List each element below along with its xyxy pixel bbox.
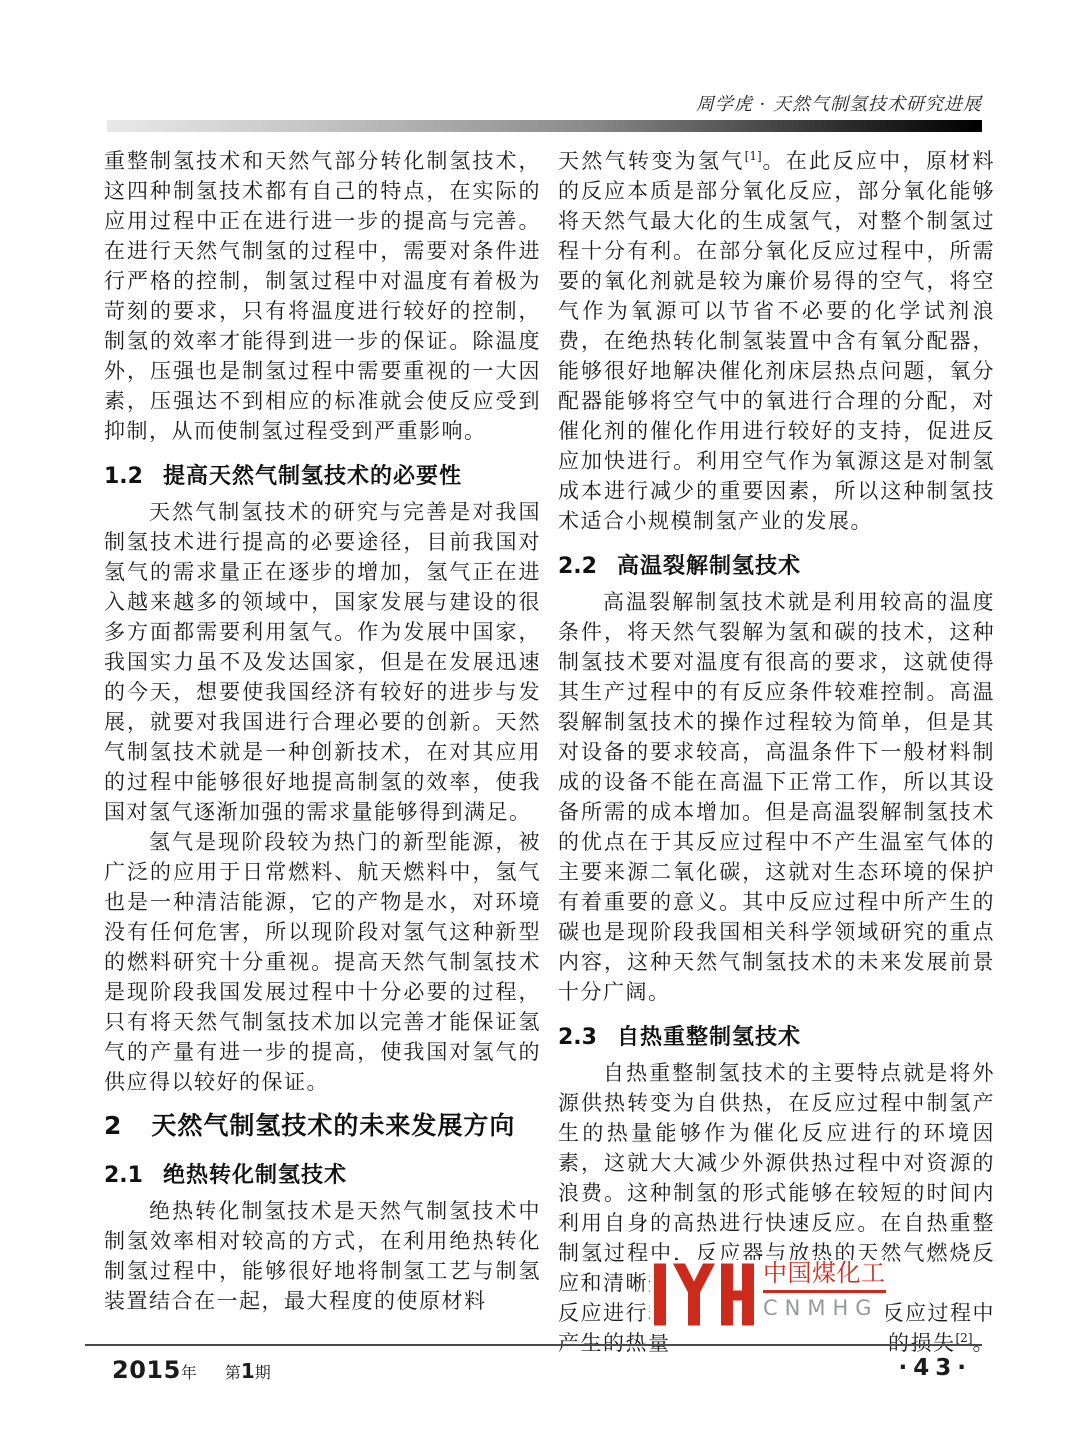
watermark-cn-label: 中国煤化工	[763, 1260, 886, 1293]
cnmhg-logo-icon	[654, 1263, 754, 1326]
heading-number: 2	[104, 1111, 121, 1140]
right-column: 天然气转变为氢气[1]。在此反应中，原材料的反应本质是部分氧化反应，部分氧化能够…	[558, 146, 995, 1358]
footer-year: 2015	[112, 1356, 181, 1384]
page-number: 43	[913, 1355, 957, 1381]
footer-rule	[85, 1344, 982, 1346]
heading-number: 2.1	[104, 1163, 143, 1188]
heading-number: 2.3	[558, 1025, 597, 1050]
journal-page: 周学虎 · 天然气制氢技术研究进展 重整制氢技术和天然气部分转化制氢技术，这四种…	[0, 0, 1072, 1455]
heading-title: 绝热转化制氢技术	[163, 1163, 347, 1188]
heading-2-1: 2.1绝热转化制氢技术	[104, 1159, 541, 1193]
heading-number: 1.2	[104, 464, 143, 489]
heading-1-2: 1.2提高天然气制氢技术的必要性	[104, 460, 541, 494]
cnmhg-watermark: 中国煤化工 CNMHG	[650, 1260, 886, 1334]
heading-2-3: 2.3自热重整制氢技术	[558, 1021, 995, 1055]
heading-2-2: 2.2高温裂解制氢技术	[558, 550, 995, 584]
footer-issue-prefix: 第	[225, 1363, 241, 1382]
page-dot: ·	[957, 1355, 972, 1381]
heading-title: 高温裂解制氢技术	[617, 554, 801, 579]
citation-ref-1: [1]	[745, 149, 762, 163]
running-head: 周学虎 · 天然气制氢技术研究进展	[696, 90, 982, 116]
paragraph: 氢气是现阶段较为热门的新型能源，被广泛的应用于日常燃料、航天燃料中，氢气也是一种…	[104, 827, 541, 1097]
footer-issue-number: 1	[241, 1359, 255, 1383]
citation-ref-2: [2]	[956, 1331, 973, 1345]
paragraph: 天然气制氢技术的研究与完善是对我国制氢技术进行提高的必要途径，目前我国对氢气的需…	[104, 497, 541, 827]
paragraph: 天然气转变为氢气[1]。在此反应中，原材料的反应本质是部分氧化反应，部分氧化能够…	[558, 146, 995, 536]
heading-number: 2.2	[558, 554, 597, 579]
heading-title: 天然气制氢技术的未来发展方向	[151, 1111, 515, 1140]
line-right-fragment: 的损失[2]。	[888, 1328, 995, 1358]
header-gradient-rule	[107, 120, 982, 132]
heading-2: 2天然气制氢技术的未来发展方向	[104, 1107, 541, 1145]
heading-title: 提高天然气制氢技术的必要性	[163, 464, 462, 489]
footer-issue-suffix: 期	[255, 1363, 271, 1382]
footer-page-number: ·43·	[898, 1355, 972, 1381]
paragraph: 绝热转化制氢技术是天然气制氢技术中制氢效率相对较高的方式，在利用绝热转化制氢过程…	[104, 1196, 541, 1316]
footer-issue-info: 2015年第1期	[112, 1356, 271, 1384]
paragraph: 高温裂解制氢技术就是利用较高的温度条件，将天然气裂解为氢和碳的技术，这种制氢技术…	[558, 587, 995, 1007]
line-right-fragment: 反应过程中	[883, 1298, 996, 1328]
page-dot: ·	[898, 1355, 913, 1381]
watermark-en-label: CNMHG	[763, 1296, 886, 1320]
paragraph: 重整制氢技术和天然气部分转化制氢技术，这四种制氢技术都有自己的特点，在实际的应用…	[104, 146, 541, 446]
heading-title: 自热重整制氢技术	[617, 1025, 801, 1050]
paragraph-text: 。在此反应中，原材料的反应本质是部分氧化反应，部分氧化能够将天然气最大化的生成氢…	[558, 149, 995, 533]
footer-year-suffix: 年	[181, 1363, 197, 1382]
paragraph-text: 天然气转变为氢气	[558, 149, 745, 173]
watermark-text: 中国煤化工 CNMHG	[763, 1260, 886, 1320]
left-column: 重整制氢技术和天然气部分转化制氢技术，这四种制氢技术都有自己的特点，在实际的应用…	[104, 146, 541, 1316]
